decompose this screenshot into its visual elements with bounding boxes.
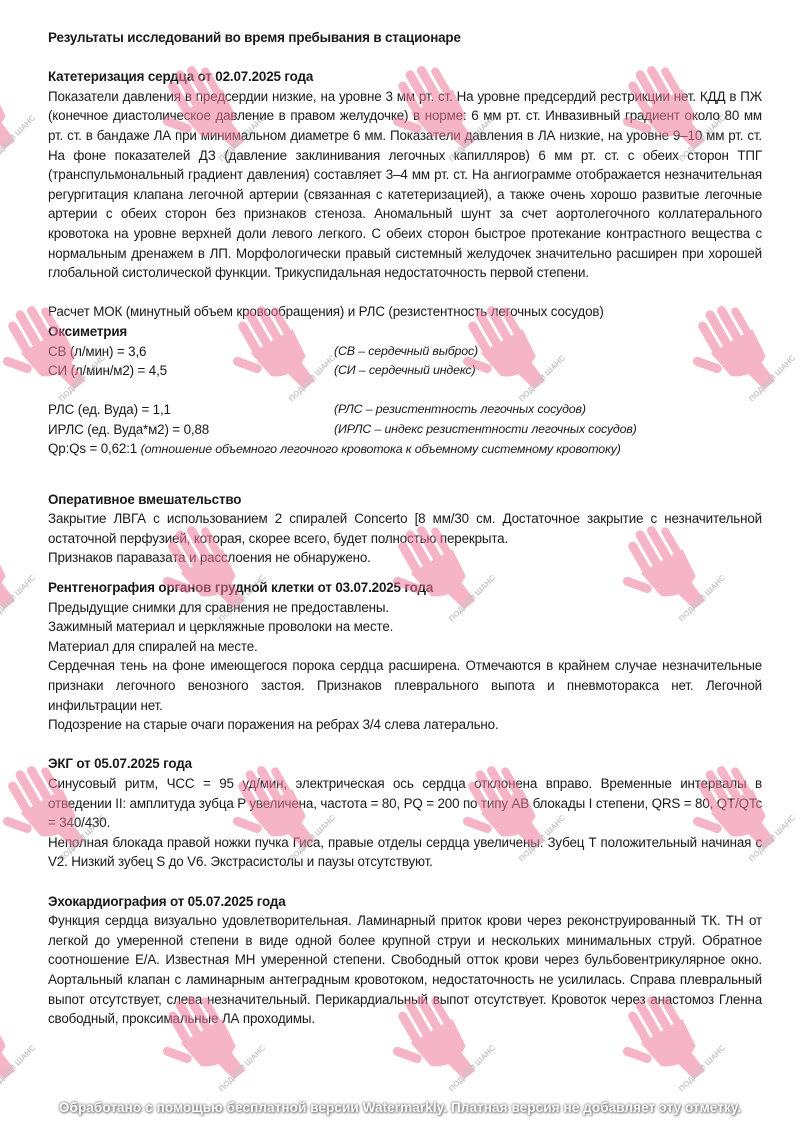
svg-text:ПОДАРИ ШАНС: ПОДАРИ ШАНС — [217, 1043, 267, 1093]
oximetry-row: РЛС (ед. Вуда) = 1,1 (РЛС – резистентнос… — [48, 400, 762, 420]
section-catheterization: Катетеризация сердца от 02.07.2025 года … — [48, 67, 762, 283]
value-note: (РЛС – резистентность легочных сосудов) — [334, 400, 586, 420]
section-ecg: ЭКГ от 05.07.2025 года Синусовый ритм, Ч… — [48, 754, 762, 872]
svg-text:ПОДАРИ ШАНС: ПОДАРИ ШАНС — [0, 113, 37, 163]
value-note: (СВ – сердечный выброс) — [334, 342, 478, 362]
section-heading: Катетеризация сердца от 02.07.2025 года — [48, 67, 762, 87]
section-text: Сердечная тень на фоне имеющегося порока… — [48, 656, 762, 715]
section-text: Подозрение на старые очаги поражения на … — [48, 715, 762, 735]
qpqs-row: Qp:Qs = 0,62:1 (отношение объемного лего… — [48, 439, 762, 460]
value-label: Qp:Qs = 0,62:1 — [48, 441, 141, 456]
svg-text:ПОДАРИ ШАНС: ПОДАРИ ШАНС — [447, 1043, 497, 1093]
oximetry-row: СИ (л/мин/м2) = 4,5 (СИ – сердечный инде… — [48, 361, 762, 381]
document-title: Результаты исследований во время пребыва… — [48, 28, 762, 48]
watermark-banner: Обработано с помощью бесплатной версии W… — [0, 1100, 800, 1115]
section-calculation: Расчет МОК (минутный объем кровообращени… — [48, 302, 762, 460]
oximetry-row: ИРЛС (ед. Вуда*м2) = 0,88 (ИРЛС – индекс… — [48, 420, 762, 440]
svg-text:ПОДАРИ ШАНС: ПОДАРИ ШАНС — [0, 1043, 37, 1093]
section-heading: ЭКГ от 05.07.2025 года — [48, 754, 762, 774]
section-text: Признаков паравазата и расслоения не обн… — [48, 548, 762, 568]
section-echo: Эхокардиография от 05.07.2025 года Функц… — [48, 892, 762, 1029]
value-label: ИРЛС (ед. Вуда*м2) = 0,88 — [48, 420, 334, 440]
value-label: СИ (л/мин/м2) = 4,5 — [48, 361, 334, 381]
calculation-intro: Расчет МОК (минутный объем кровообращени… — [48, 302, 762, 322]
section-heading: Рентгенография органов грудной клетки от… — [48, 578, 762, 598]
value-label: РЛС (ед. Вуда) = 1,1 — [48, 400, 334, 420]
hand-logo-watermark-icon: ПОДАРИ ШАНС — [0, 60, 40, 170]
section-text: Зажимный материал и церкляжные проволоки… — [48, 617, 762, 637]
value-label: СВ (л/мин) = 3,6 — [48, 342, 334, 362]
section-text: Материал для спиралей на месте. — [48, 637, 762, 657]
section-heading: Оксиметрия — [48, 322, 762, 342]
oximetry-row: СВ (л/мин) = 3,6 (СВ – сердечный выброс) — [48, 342, 762, 362]
section-xray: Рентгенография органов грудной клетки от… — [48, 578, 762, 735]
section-text: Показатели давления в предсердии низкие,… — [48, 87, 762, 283]
hand-logo-watermark-icon: ПОДАРИ ШАНС — [0, 520, 40, 630]
section-text: Неполная блокада правой ножки пучка Гиса… — [48, 833, 762, 872]
section-text: Закрытие ЛВГА с использованием 2 спирале… — [48, 509, 762, 548]
value-note: (отношение объемного легочного кровотока… — [141, 442, 621, 456]
section-text: Функция сердца визуально удовлетворитель… — [48, 911, 762, 1029]
section-text: Предыдущие снимки для сравнения не предо… — [48, 598, 762, 618]
section-surgery: Оперативное вмешательство Закрытие ЛВГА … — [48, 490, 762, 568]
section-heading: Оперативное вмешательство — [48, 490, 762, 510]
section-heading: Эхокардиография от 05.07.2025 года — [48, 892, 762, 912]
svg-text:ПОДАРИ ШАНС: ПОДАРИ ШАНС — [677, 1043, 727, 1093]
svg-text:ПОДАРИ ШАНС: ПОДАРИ ШАНС — [0, 573, 37, 623]
section-text: Синусовый ритм, ЧСС = 95 уд/мин, электри… — [48, 774, 762, 833]
document-page: Результаты исследований во время пребыва… — [48, 28, 762, 1029]
hand-logo-watermark-icon: ПОДАРИ ШАНС — [0, 990, 40, 1100]
value-note: (ИРЛС – индекс резистентности легочных с… — [334, 420, 637, 440]
value-note: (СИ – сердечный индекс) — [334, 361, 475, 381]
